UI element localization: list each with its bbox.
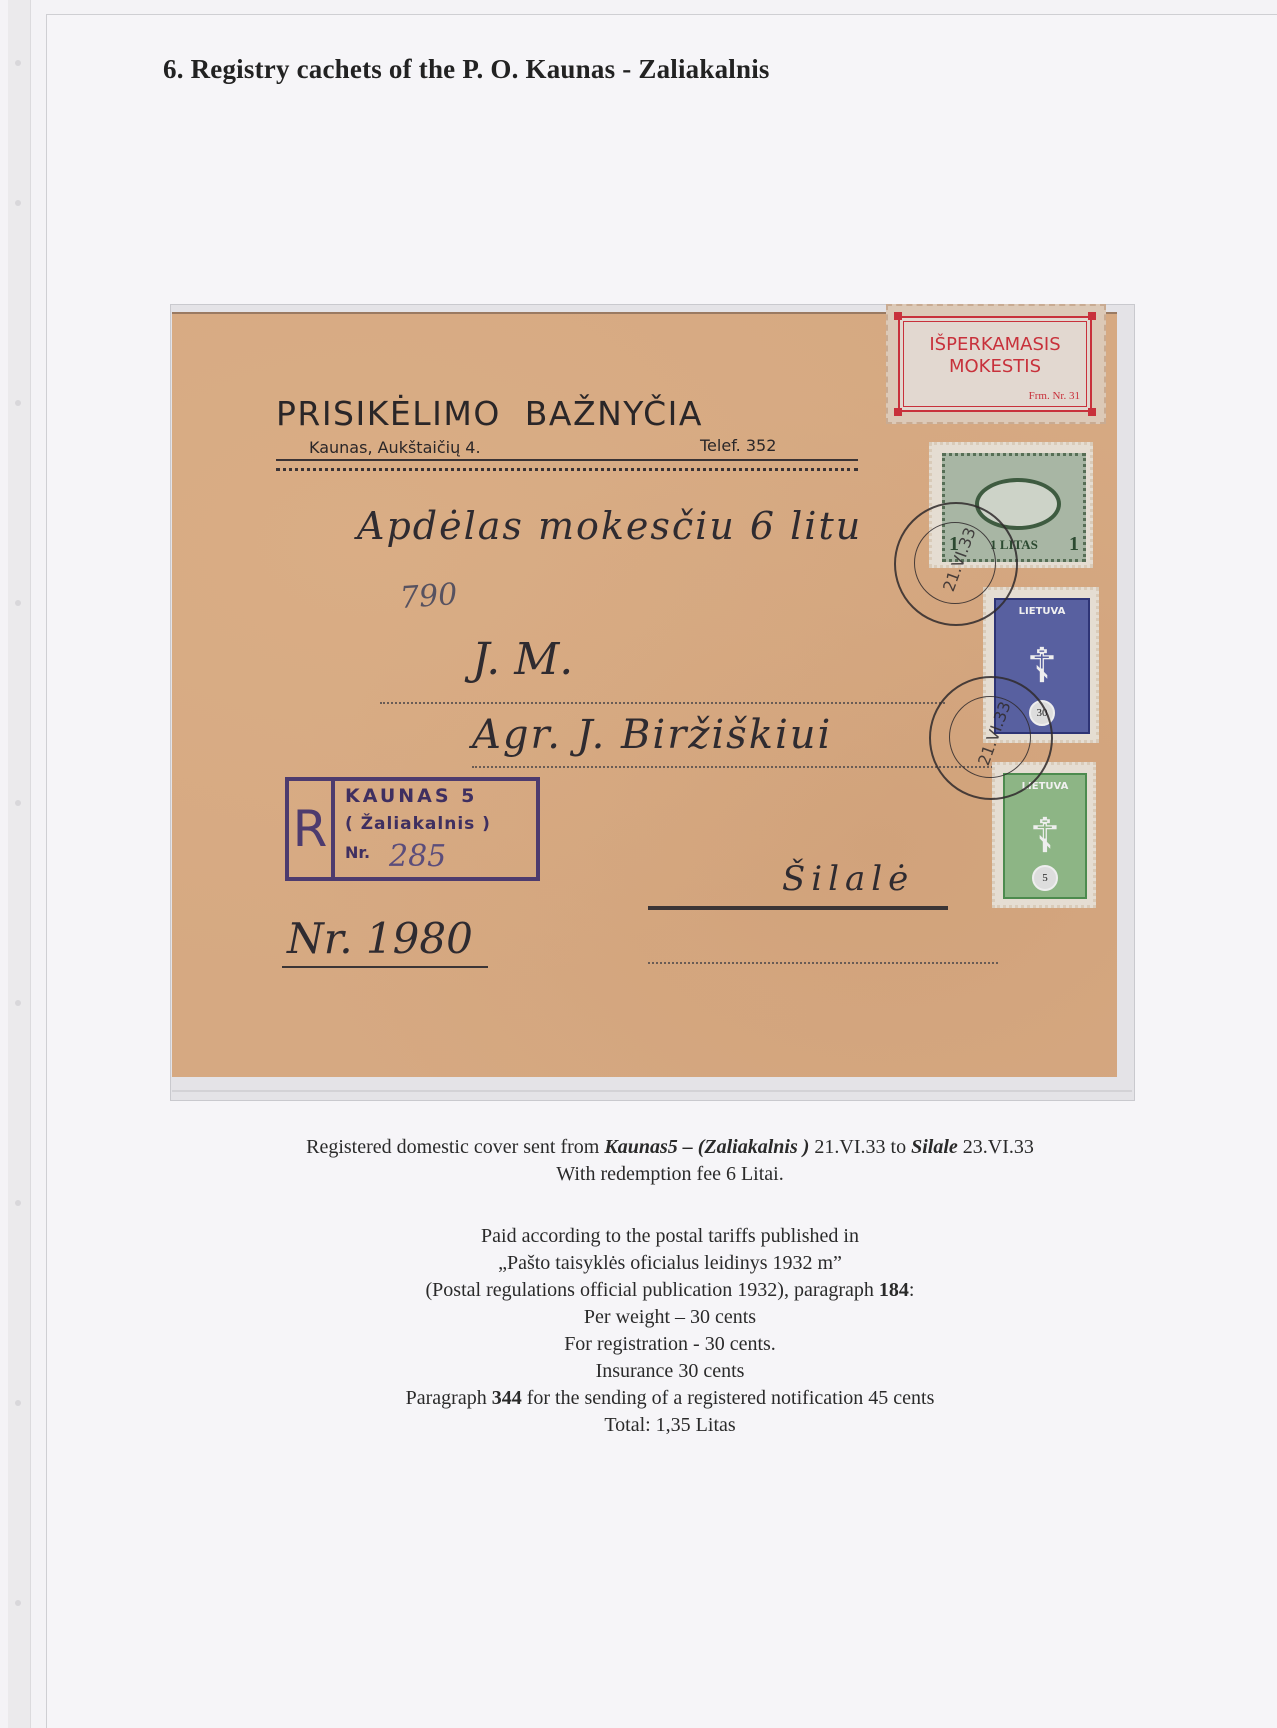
destination-underline <box>648 906 948 910</box>
label-corner-ornament <box>1088 408 1096 416</box>
address-line <box>648 962 998 964</box>
caption-line-1: Registered domestic cover sent from Kaun… <box>180 1134 1160 1161</box>
caption-text: for the sending of a registered notifica… <box>522 1387 935 1409</box>
binder-hole <box>15 60 21 66</box>
handwritten-addressee: Agr. J. Biržiškiui <box>472 712 832 758</box>
caption-line-3: Paid according to the postal tariffs pub… <box>180 1223 1160 1250</box>
label-corner-ornament <box>894 408 902 416</box>
caption-origin: Kaunas5 – (Zaliakalnis ) <box>604 1136 809 1158</box>
caption-text: (Postal regulations official publication… <box>426 1279 879 1301</box>
cachet-office: KAUNAS 5 <box>345 785 477 807</box>
stamp-country: LIETUVA <box>996 606 1088 617</box>
binder-hole <box>15 1400 21 1406</box>
redemption-fee-label: IŠPERKAMASIS MOKESTIS Frm. Nr. 31 <box>886 304 1106 424</box>
registered-cover: PRISIKĖLIMO BAŽNYČIA Kaunas, Aukštaičių … <box>172 312 1117 1077</box>
label-corner-ornament <box>1088 312 1096 320</box>
label-line1: IŠPERKAMASIS <box>900 334 1090 355</box>
registration-cachet: R KAUNAS 5 ( Žaliakalnis ) Nr. 285 <box>285 777 540 881</box>
label-line2: MOKESTIS <box>900 356 1090 377</box>
postmark-date: 21.VI.33 <box>974 699 1015 768</box>
caption-line-6: Per weight – 30 cents <box>180 1304 1160 1331</box>
binder-hole <box>15 200 21 206</box>
postmark: 21.VI.33 <box>894 502 1018 626</box>
sender-address: Kaunas, Aukštaičių 4. <box>309 438 481 457</box>
caption-line-5: (Postal regulations official publication… <box>180 1277 1160 1304</box>
double-cross-icon: ☦ <box>1029 808 1060 864</box>
double-cross-icon: ☦ <box>1026 638 1057 694</box>
caption-paragraph-number: 344 <box>492 1387 522 1409</box>
stamp-value: 5 <box>1032 865 1058 891</box>
sleeve-edge <box>172 1090 1132 1092</box>
sender-name: PRISIKĖLIMO BAŽNYČIA <box>276 394 703 433</box>
postmark: 21.VI.33 <box>929 676 1053 800</box>
cachet-handwritten-number: 285 <box>389 839 446 874</box>
handwritten-registration-number: Nr. 1980 <box>287 914 473 963</box>
caption-text: Paragraph <box>406 1387 492 1409</box>
letterhead-rule <box>276 459 858 471</box>
caption-destination: Silale <box>911 1136 958 1158</box>
registration-r-letter: R <box>289 781 335 877</box>
caption-line-4: „Pašto taisyklės oficialus leidinys 1932… <box>180 1250 1160 1277</box>
postmark-date: 21.VI.33 <box>939 525 980 594</box>
page-title: 6. Registry cachets of the P. O. Kaunas … <box>163 54 770 85</box>
handwritten-salutation: J. M. <box>472 634 573 685</box>
caption-line-9: Paragraph 344 for the sending of a regis… <box>180 1385 1160 1412</box>
caption-text: 21.VI.33 to <box>809 1136 911 1158</box>
caption-text: Registered domestic cover sent from <box>306 1136 604 1158</box>
sender-telephone: Telef. 352 <box>700 436 776 455</box>
binder-hole <box>15 400 21 406</box>
address-line <box>380 702 945 704</box>
caption-line-2: With redemption fee 6 Litai. <box>180 1161 1160 1188</box>
stamp-value-right: 1 <box>1069 533 1079 557</box>
binder-hole <box>15 600 21 606</box>
binder-hole <box>15 1200 21 1206</box>
caption-line-10: Total: 1,35 Litas <box>180 1412 1160 1439</box>
binder-hole <box>15 800 21 806</box>
binder-strip <box>8 0 31 1728</box>
label-corner-ornament <box>894 312 902 320</box>
caption-line-8: Insurance 30 cents <box>180 1358 1160 1385</box>
caption-paragraph-number: 184 <box>879 1279 909 1301</box>
cachet-nr-label: Nr. <box>345 843 370 862</box>
caption-text: 23.VI.33 <box>958 1136 1034 1158</box>
nr-underline <box>282 966 488 968</box>
caption-line-7: For registration - 30 cents. <box>180 1331 1160 1358</box>
binder-hole <box>15 1000 21 1006</box>
caption-text: : <box>909 1279 915 1301</box>
handwritten-number: 790 <box>399 577 459 616</box>
label-form-number: Frm. Nr. 31 <box>1029 390 1080 402</box>
cachet-district: ( Žaliakalnis ) <box>345 814 491 834</box>
handwritten-fee-note: Apdėlas mokesčiu 6 litu <box>357 504 862 548</box>
handwritten-destination: Šilalė <box>782 859 914 899</box>
binder-hole <box>15 1600 21 1606</box>
